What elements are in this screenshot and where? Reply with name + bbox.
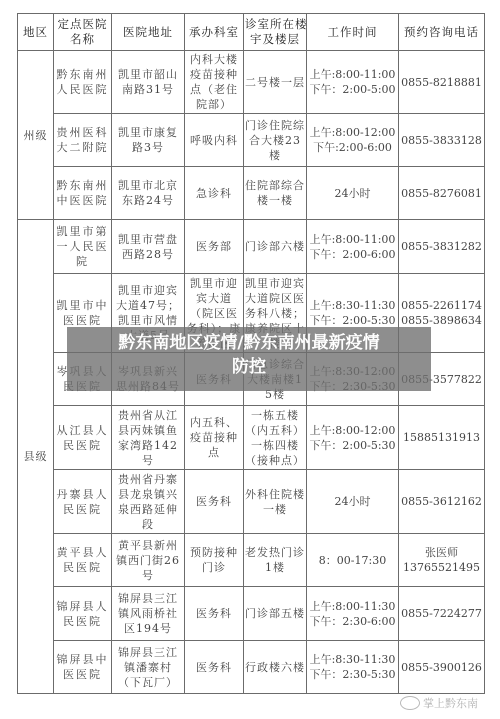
department-cell: 急诊科 xyxy=(185,167,244,220)
table-row: 锦屏县人民医院锦屏县三江镇风雨桥社区194号医务科门诊部五楼上午:8:00-11… xyxy=(18,587,485,641)
department-cell: 医务科 xyxy=(185,641,244,694)
department-cell: 医务科 xyxy=(185,587,244,641)
hours-line: 上午:8:30-11:30 xyxy=(308,652,397,667)
table-row: 县级凯里市第一人民医院凯里市营盘西路28号医务部门诊部六楼上午:8:00-11:… xyxy=(18,220,485,274)
hospital-name-cell: 丹寨县人民医院 xyxy=(54,470,112,534)
address-cell: 凯里市北京东路24号 xyxy=(112,167,185,220)
header-hospital-name: 定点医院名称 xyxy=(54,14,112,51)
table-row: 锦屏县中医医院锦屏县三江镇潘寨村（下瓦厂）医务科行政楼六楼上午:8:30-11:… xyxy=(18,641,485,694)
hours-line: 下午：2:00-6:00 xyxy=(308,247,397,262)
hours-line: 上午:8:00-11:00 xyxy=(308,67,397,82)
phone-line: 0855-3833128 xyxy=(400,133,483,148)
wechat-icon xyxy=(400,696,420,710)
watermark: 掌上黔东南 xyxy=(400,695,478,711)
hours-line: 下午：2:00-5:00 xyxy=(308,82,397,97)
hours-cell: 上午:8:00-11:00下午：2:00-6:00 xyxy=(307,220,399,274)
hours-cell: 8：00-17:30 xyxy=(307,534,399,587)
address-cell: 凯里市韶山南路31号 xyxy=(112,51,185,114)
hours-line: 8：00-17:30 xyxy=(308,553,397,568)
phone-line: 0855-3900126 xyxy=(400,660,483,675)
address-cell: 黄平县新州镇西门街26号 xyxy=(112,534,185,587)
hours-cell: 上午:8:00-12:00下午：2:00-5:30 xyxy=(307,406,399,470)
department-cell: 预防接种门诊 xyxy=(185,534,244,587)
phone-cell: 0855-3900126 xyxy=(399,641,485,694)
phone-cell: 0855-3612162 xyxy=(399,470,485,534)
phone-line: 0855-3831282 xyxy=(400,239,483,254)
title-overlay: 黔东南地区疫情/黔东南州最新疫情 防控 xyxy=(67,331,431,379)
hours-line: 24小时 xyxy=(308,186,397,201)
hours-cell: 上午:8:00-11:30下午：2:30-6:00 xyxy=(307,587,399,641)
hospital-name-cell: 锦屏县人民医院 xyxy=(54,587,112,641)
department-cell: 呼吸内科 xyxy=(185,114,244,167)
hospital-name-cell: 黔东南州中医医院 xyxy=(54,167,112,220)
table-row: 州级黔东南州人民医院凯里市韶山南路31号内科大楼疫苗接种点（老住院部）二号楼一层… xyxy=(18,51,485,114)
department-cell: 医务科 xyxy=(185,470,244,534)
phone-line: 张医师 xyxy=(400,545,483,560)
table-row: 贵州医科大二附院凯里市康复路3号呼吸内科门诊住院综合大楼23楼上午:8:00-1… xyxy=(18,114,485,167)
phone-line: 0855-8276081 xyxy=(400,186,483,201)
hours-line: 下午：2:30-5:30 xyxy=(308,667,397,682)
address-cell: 凯里市营盘西路28号 xyxy=(112,220,185,274)
phone-cell: 0855-3831282 xyxy=(399,220,485,274)
watermark-text: 掌上黔东南 xyxy=(423,695,478,711)
address-cell: 锦屏县三江镇潘寨村（下瓦厂） xyxy=(112,641,185,694)
hours-line: 下午：2:30-6:00 xyxy=(308,614,397,629)
hours-line: 上午:8:30-11:30 xyxy=(308,298,397,313)
header-address: 医院地址 xyxy=(112,14,185,51)
hours-line: 24小时 xyxy=(308,494,397,509)
table-row: 从江县人民医院贵州省从江县丙妹镇鱼家湾路142号内五科、疫苗接种点一栋五楼（内五… xyxy=(18,406,485,470)
table-row: 丹寨县人民医院贵州省丹寨县龙泉镇兴泉西路延伸段医务科外科住院楼一楼24小时085… xyxy=(18,470,485,534)
hours-cell: 上午:8:30-11:30下午：2:30-5:30 xyxy=(307,641,399,694)
header-region: 地区 xyxy=(18,14,54,51)
phone-cell: 张医师13765521495 xyxy=(399,534,485,587)
title-line-2: 防控 xyxy=(67,355,431,379)
hospital-name-cell: 黔东南州人民医院 xyxy=(54,51,112,114)
hospital-name-cell: 黄平县人民医院 xyxy=(54,534,112,587)
header-row: 地区 定点医院名称 医院地址 承办科室 诊室所在楼宇及楼层 工作时间 预约咨询电… xyxy=(18,14,485,51)
floor-cell: 老发热门诊1楼 xyxy=(244,534,307,587)
phone-line: 0855-3898634 xyxy=(400,313,483,328)
region-cell: 县级 xyxy=(18,220,54,694)
phone-cell: 0855-3833128 xyxy=(399,114,485,167)
floor-cell: 住院部综合楼一楼 xyxy=(244,167,307,220)
phone-cell: 15885131913 xyxy=(399,406,485,470)
address-cell: 锦屏县三江镇风雨桥社区194号 xyxy=(112,587,185,641)
floor-cell: 二号楼一层 xyxy=(244,51,307,114)
hours-line: 上午:8:00-12:00 xyxy=(308,423,397,438)
floor-cell: 门诊部六楼 xyxy=(244,220,307,274)
floor-cell: 外科住院楼一楼 xyxy=(244,470,307,534)
phone-line: 0855-8218881 xyxy=(400,75,483,90)
table-row: 黄平县人民医院黄平县新州镇西门街26号预防接种门诊老发热门诊1楼8：00-17:… xyxy=(18,534,485,587)
hours-cell: 24小时 xyxy=(307,470,399,534)
hospital-name-cell: 贵州医科大二附院 xyxy=(54,114,112,167)
floor-cell: 门诊部五楼 xyxy=(244,587,307,641)
phone-cell: 0855-7224277 xyxy=(399,587,485,641)
hospital-name-cell: 凯里市第一人民医院 xyxy=(54,220,112,274)
floor-cell: 门诊住院综合大楼23楼 xyxy=(244,114,307,167)
table-row: 黔东南州中医医院凯里市北京东路24号急诊科住院部综合楼一楼24小时0855-82… xyxy=(18,167,485,220)
hours-cell: 24小时 xyxy=(307,167,399,220)
hospital-name-cell: 从江县人民医院 xyxy=(54,406,112,470)
department-cell: 内五科、疫苗接种点 xyxy=(185,406,244,470)
hours-cell: 上午:8:00-11:00下午：2:00-5:00 xyxy=(307,51,399,114)
phone-line: 0855-2261174 xyxy=(400,298,483,313)
phone-cell: 0855-8276081 xyxy=(399,167,485,220)
hours-line: 下午：2:00-5:30 xyxy=(308,438,397,453)
phone-line: 0855-3612162 xyxy=(400,494,483,509)
address-cell: 贵州省从江县丙妹镇鱼家湾路142号 xyxy=(112,406,185,470)
address-cell: 凯里市康复路3号 xyxy=(112,114,185,167)
phone-line: 15885131913 xyxy=(400,430,483,445)
hours-line: 下午:2:00-6:00 xyxy=(308,140,397,155)
hours-line: 下午：2:00-5:30 xyxy=(308,313,397,328)
header-department: 承办科室 xyxy=(185,14,244,51)
header-floor: 诊室所在楼宇及楼层 xyxy=(244,14,307,51)
department-cell: 内科大楼疫苗接种点（老住院部） xyxy=(185,51,244,114)
phone-line: 13765521495 xyxy=(400,560,483,575)
floor-cell: 一栋五楼（内五科）一栋四楼（接种点） xyxy=(244,406,307,470)
hospital-name-cell: 锦屏县中医医院 xyxy=(54,641,112,694)
hours-cell: 上午:8:00-12:00下午:2:00-6:00 xyxy=(307,114,399,167)
hours-line: 上午:8:00-11:30 xyxy=(308,599,397,614)
department-cell: 医务部 xyxy=(185,220,244,274)
header-phone: 预约咨询电话 xyxy=(399,14,485,51)
address-cell: 贵州省丹寨县龙泉镇兴泉西路延伸段 xyxy=(112,470,185,534)
phone-cell: 0855-8218881 xyxy=(399,51,485,114)
hours-line: 上午:8:00-11:00 xyxy=(308,232,397,247)
header-hours: 工作时间 xyxy=(307,14,399,51)
floor-cell: 行政楼六楼 xyxy=(244,641,307,694)
title-line-1: 黔东南地区疫情/黔东南州最新疫情 xyxy=(67,331,431,355)
hours-line: 上午:8:00-12:00 xyxy=(308,125,397,140)
region-cell: 州级 xyxy=(18,51,54,220)
phone-line: 0855-7224277 xyxy=(400,606,483,621)
